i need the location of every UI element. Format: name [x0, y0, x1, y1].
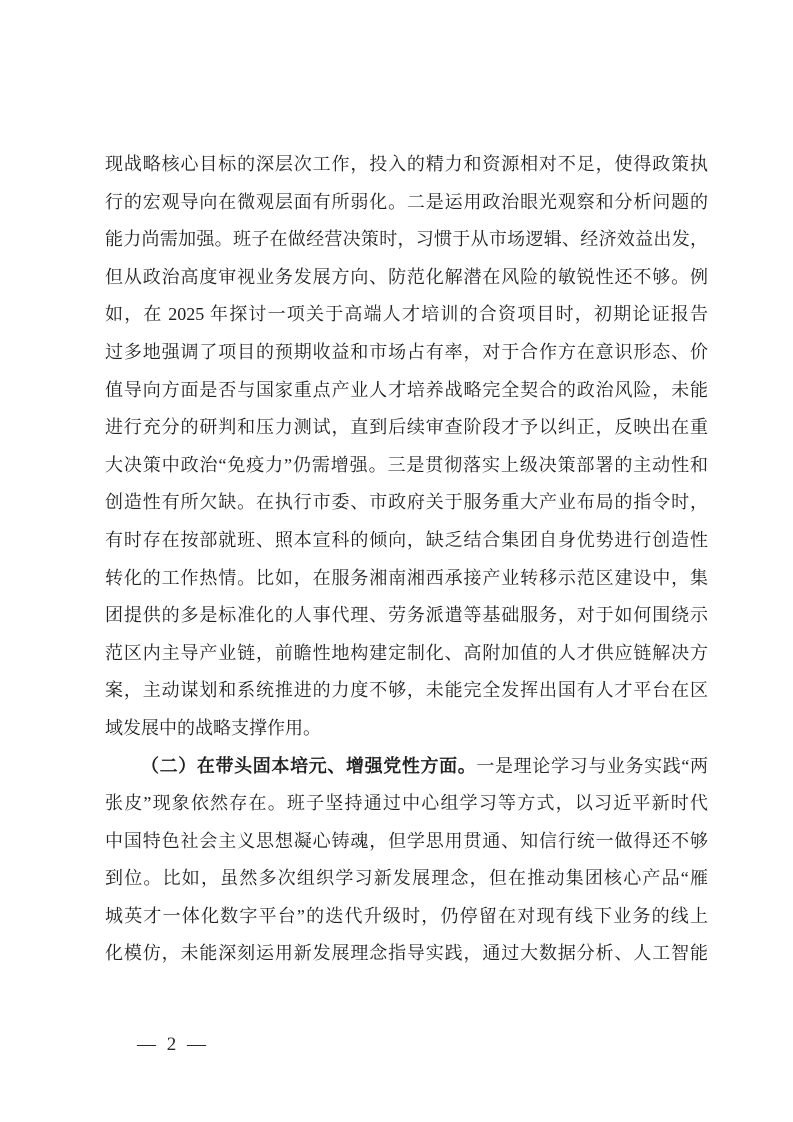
- text-line: 行的宏观导向在微观层面有所弱化。二是运用政治眼光观察和分析问题的: [105, 184, 708, 222]
- text-line: 能力尚需加强。班子在做经营决策时，习惯于从市场逻辑、经济效益出发，: [105, 221, 708, 259]
- text-line: 现战略核心目标的深层次工作，投入的精力和资源相对不足，使得政策执: [105, 146, 708, 184]
- text-line: 转化的工作热情。比如，在服务湘南湘西承接产业转移示范区建设中，集: [105, 560, 708, 598]
- text-line: 但从政治高度审视业务发展方向、防范化解潜在风险的敏锐性还不够。例: [105, 259, 708, 297]
- document-page: 现战略核心目标的深层次工作，投入的精力和资源相对不足，使得政策执行的宏观导向在微…: [0, 0, 793, 1122]
- page-number: — 2 —: [137, 1026, 209, 1064]
- text-line: 化模仿，未能深刻运用新发展理念指导实践，通过大数据分析、人工智能: [105, 935, 708, 973]
- text-line: 案，主动谋划和系统推进的力度不够，未能完全发挥出国有人才平台在区: [105, 672, 708, 710]
- text-line: 中国特色社会主义思想凝心铸魂，但学思用贯通、知信行统一做得还不够: [105, 823, 708, 861]
- text-line: 过多地强调了项目的预期收益和市场占有率，对于合作方在意识形态、价: [105, 334, 708, 372]
- text-line: 域发展中的战略支撑作用。: [105, 710, 708, 748]
- text-line: 范区内主导产业链，前瞻性地构建定制化、高附加值的人才供应链解决方: [105, 635, 708, 673]
- text-line: 创造性有所欠缺。在执行市委、市政府关于服务重大产业布局的指令时，: [105, 484, 708, 522]
- text-line: （二）在带头固本培元、增强党性方面。一是理论学习与业务实践“两: [105, 748, 708, 786]
- text-line: 城英才一体化数字平台”的迭代升级时，仍停留在对现有线下业务的线上: [105, 898, 708, 936]
- section-heading: （二）在带头固本培元、增强党性方面。: [141, 756, 476, 776]
- text-line: 值导向方面是否与国家重点产业人才培养战略完全契合的政治风险，未能: [105, 372, 708, 410]
- text-line: 团提供的多是标准化的人事代理、劳务派遣等基础服务，对于如何围绕示: [105, 597, 708, 635]
- text-line: 大决策中政治“免疫力”仍需增强。三是贯彻落实上级决策部署的主动性和: [105, 447, 708, 485]
- text-line: 到位。比如，虽然多次组织学习新发展理念，但在推动集团核心产品“雁: [105, 860, 708, 898]
- text-line: 进行充分的研判和压力测试，直到后续审查阶段才予以纠正，反映出在重: [105, 409, 708, 447]
- text-line: 有时存在按部就班、照本宣科的倾向，缺乏结合集团自身优势进行创造性: [105, 522, 708, 560]
- text-line: 张皮”现象依然存在。班子坚持通过中心组学习等方式，以习近平新时代: [105, 785, 708, 823]
- text-line: 如，在 2025 年探讨一项关于高端人才培训的合资项目时，初期论证报告: [105, 296, 708, 334]
- body-text: 现战略核心目标的深层次工作，投入的精力和资源相对不足，使得政策执行的宏观导向在微…: [105, 146, 708, 973]
